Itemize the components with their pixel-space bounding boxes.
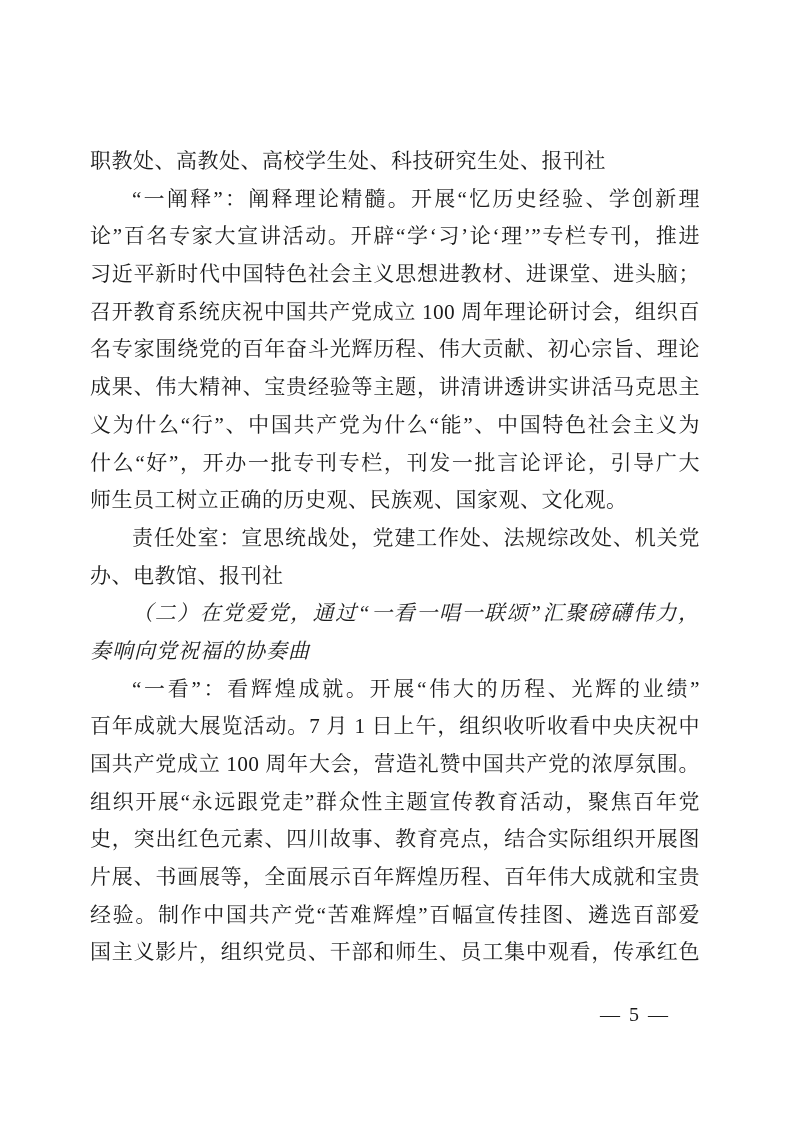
- text-line: 片展、书画展等，全面展示百年辉煌历程、百年伟大成就和宝贵: [90, 859, 700, 897]
- text-line: 国主义影片，组织党员、干部和师生、员工集中观看，传承红色: [90, 934, 700, 972]
- text-line: 习近平新时代中国特色社会主义思想进教材、进课堂、进头脑；: [90, 256, 700, 294]
- text-line: 义为什么“行”、中国共产党为什么“能”、中国特色社会主义为: [90, 407, 700, 445]
- text-line: 国共产党成立 100 周年大会，营造礼赞中国共产党的浓厚氛围。: [90, 746, 700, 784]
- text-line: 职教处、高教处、高校学生处、科技研究生处、报刊社: [90, 143, 700, 181]
- text-line: 经验。制作中国共产党“苦难辉煌”百幅宣传挂图、遴选百部爱: [90, 897, 700, 935]
- section-heading-line: （二）在党爱党，通过“一看一唱一联颂”汇聚磅礴伟力，: [90, 595, 700, 633]
- text-line: 办、电教馆、报刊社: [90, 558, 700, 596]
- text-line: 名专家围绕党的百年奋斗光辉历程、伟大贡献、初心宗旨、理论: [90, 331, 700, 369]
- page-number: — 5 —: [600, 1001, 670, 1029]
- text-line: 组织开展“永远跟党走”群众性主题宣传教育活动，聚焦百年党: [90, 784, 700, 822]
- document-text-block: 职教处、高教处、高校学生处、科技研究生处、报刊社 “一阐释”：阐释理论精髓。开展…: [90, 143, 700, 972]
- text-line: 师生员工树立正确的历史观、民族观、国家观、文化观。: [90, 482, 700, 520]
- text-line: 召开教育系统庆祝中国共产党成立 100 周年理论研讨会，组织百: [90, 294, 700, 332]
- text-line: 成果、伟大精神、宝贵经验等主题，讲清讲透讲实讲活马克思主: [90, 369, 700, 407]
- text-line: 百年成就大展览活动。7 月 1 日上午，组织收听收看中央庆祝中: [90, 708, 700, 746]
- text-line: 什么“好”，开办一批专刊专栏，刊发一批言论评论，引导广大: [90, 445, 700, 483]
- text-line: 责任处室：宣思统战处，党建工作处、法规综改处、机关党: [90, 520, 700, 558]
- section-heading-line: 奏响向党祝福的协奏曲: [90, 633, 700, 671]
- text-line: “一看”：看辉煌成就。开展“伟大的历程、光辉的业绩”: [90, 671, 700, 709]
- text-line: “一阐释”：阐释理论精髓。开展“忆历史经验、学创新理: [90, 181, 700, 219]
- document-page: 职教处、高教处、高校学生处、科技研究生处、报刊社 “一阐释”：阐释理论精髓。开展…: [0, 0, 793, 1122]
- text-line: 论”百名专家大宣讲活动。开辟“学‘习’论‘理’”专栏专刊，推进: [90, 218, 700, 256]
- text-line: 史，突出红色元素、四川故事、教育亮点，结合实际组织开展图: [90, 821, 700, 859]
